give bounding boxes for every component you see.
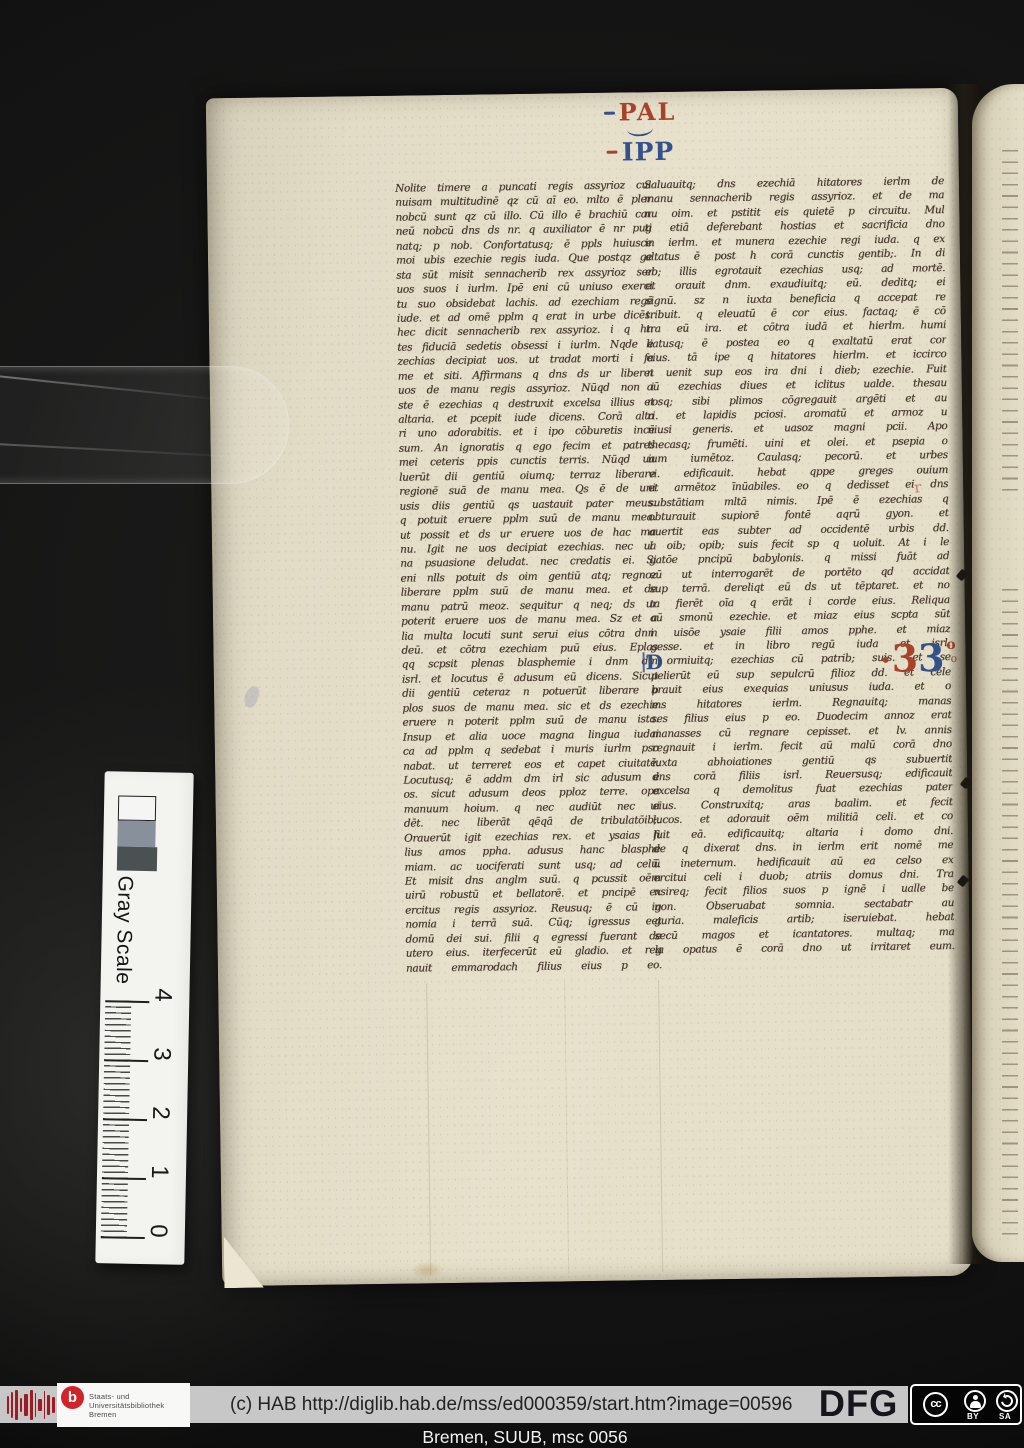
mid-gray-patch: [117, 820, 155, 847]
pen-flourish-squiggle: [627, 126, 654, 137]
ruler-number: 2: [146, 1106, 174, 1120]
glass-reflection: [0, 375, 230, 402]
plexiglass-strip: [0, 366, 289, 484]
ruling-line: [426, 983, 431, 1275]
cc-license-badge: cc BY SA: [910, 1384, 1022, 1425]
manuscript-page: PAL IPP Nolite timere a puncati regis as…: [206, 88, 975, 1286]
faint-blue-smudge: [242, 684, 261, 709]
running-title: PAL IPP: [592, 100, 689, 165]
shelfmark-caption: Bremen, SUUB, msc 0056: [0, 1427, 1024, 1448]
ruler-number: 3: [147, 1047, 175, 1061]
bremen-library-name: Staats- und Universitätsbibliothek Breme…: [89, 1393, 164, 1419]
ruler-number: 0: [144, 1224, 172, 1238]
library-name-line: Bremen: [89, 1411, 164, 1420]
cc-sa-label: SA: [999, 1412, 1011, 1421]
manuscript-photograph: PAL IPP Nolite timere a puncati regis as…: [0, 0, 1024, 1448]
cc-sa-arrow-icon: [996, 1390, 1018, 1412]
ruling-line: [564, 981, 569, 1273]
blue-chapter-initial: D: [643, 652, 664, 672]
cc-by-person-icon: [964, 1390, 986, 1412]
dark-gray-patch: [117, 846, 157, 871]
folded-corner: [224, 1234, 267, 1289]
dfg-logo: DFG: [819, 1387, 898, 1423]
bremen-library-logo: b Staats- und Universitätsbibliothek Bre…: [57, 1383, 190, 1427]
ruler-number: 4: [148, 988, 176, 1002]
running-title-top: PAL: [618, 100, 676, 125]
manuscript-text-line: nauit emmarodach filius eius p eo.: [406, 958, 662, 976]
facing-page-text-fragments: [1002, 589, 1018, 1239]
copyright-url: (c) HAB http://diglib.hab.de/mss/ed00035…: [230, 1386, 792, 1423]
facing-page-edge: [972, 84, 1024, 1262]
gray-scale-card: Gray Scale 4 3 2 1 0: [95, 771, 193, 1265]
parchment-stain: [410, 1261, 444, 1279]
white-patch: [118, 795, 156, 821]
glass-reflection: [0, 443, 251, 458]
text-column-left: Nolite timere a puncati regis assyrioz c…: [395, 178, 662, 976]
bremen-logo-circle: b: [61, 1386, 84, 1409]
ruling-line: [658, 980, 663, 1272]
ruler-number: 1: [145, 1165, 173, 1179]
running-title-top-row: PAL: [592, 100, 688, 125]
cc-by-label: BY: [967, 1412, 979, 1421]
chapter-number-33: 33o: [891, 638, 956, 678]
red-dot: [883, 657, 889, 663]
running-title-bottom: IPP: [622, 139, 675, 165]
running-title-bottom-row: IPP: [592, 139, 688, 165]
cc-icon: cc: [923, 1392, 948, 1417]
red-flourish-dash: [607, 151, 618, 154]
text-column-right: Saluauitq; dns ezechiā hitatores ierlm d…: [644, 174, 955, 958]
manuscript-text-line: la opatus ē corā dno ut irritaret eum.: [655, 939, 955, 958]
facing-page-text-fragments: [1002, 150, 1018, 500]
blue-flourish-dash: [604, 111, 615, 114]
hab-barcode-logo: [7, 1389, 55, 1420]
